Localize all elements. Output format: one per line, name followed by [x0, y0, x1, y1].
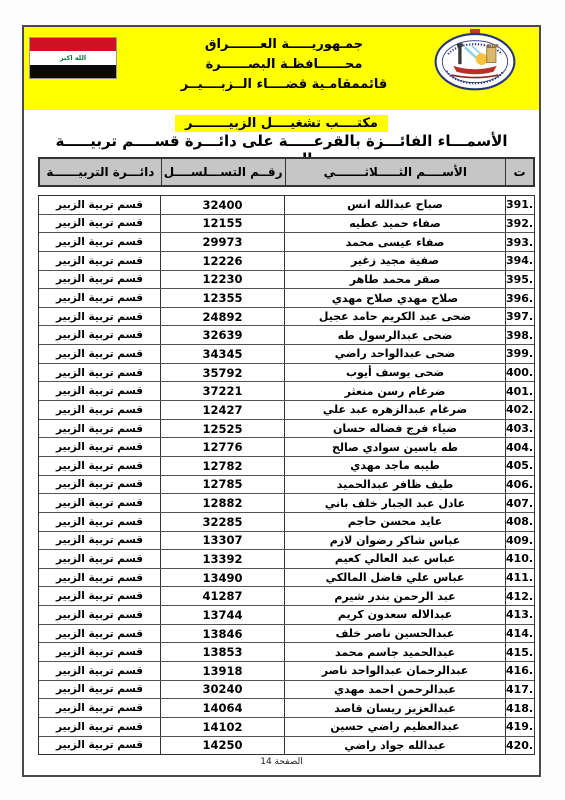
- cell-department: قسم تربية الزبير: [39, 364, 161, 382]
- table-row: قسم تربية الزبير 24892 ضحى عبد الكريم حا…: [39, 308, 534, 327]
- office-title: مكتــــب تشغيــــل الزبيــــــــر: [175, 115, 388, 132]
- cell-name: ضحى عبدالواحد راضي: [285, 345, 506, 363]
- table-row: قسم تربية الزبير 30240 عبدالرحمن احمد مه…: [39, 681, 534, 700]
- cell-department: قسم تربية الزبير: [39, 215, 161, 233]
- scanned-document: الله اكبر جمـهوريـــــة العـــــــراق مح…: [0, 0, 565, 800]
- cell-index: 395.: [506, 271, 533, 289]
- cell-department: قسم تربية الزبير: [39, 587, 161, 605]
- cell-index: 410.: [506, 550, 533, 568]
- table-row: قسم تربية الزبير 13846 عبدالحسين ناصر خل…: [39, 625, 534, 644]
- cell-department: قسم تربية الزبير: [39, 643, 161, 661]
- cell-serial: 12155: [161, 215, 285, 233]
- cell-department: قسم تربية الزبير: [39, 252, 161, 270]
- cell-index: 393.: [506, 233, 533, 251]
- letterhead-text: جمـهوريـــــة العـــــــراق محــــــافظـ…: [134, 35, 434, 95]
- cell-department: قسم تربية الزبير: [39, 271, 161, 289]
- cell-department: قسم تربية الزبير: [39, 308, 161, 326]
- cell-department: قسم تربية الزبير: [39, 532, 161, 550]
- cell-name: طيبه ماجد مهدي: [285, 457, 506, 475]
- cell-serial: 13744: [161, 606, 285, 624]
- cell-serial: 13490: [161, 569, 285, 587]
- table-row: قسم تربية الزبير 12155 صفاء حميد عطيه 39…: [39, 215, 534, 234]
- cell-department: قسم تربية الزبير: [39, 438, 161, 456]
- cell-name: عبدالحسين ناصر خلف: [285, 625, 506, 643]
- cell-index: 420.: [506, 737, 533, 755]
- cell-index: 411.: [506, 569, 533, 587]
- cell-name: عبدالرحمن احمد مهدي: [285, 681, 506, 699]
- cell-index: 407.: [506, 494, 533, 512]
- cell-department: قسم تربية الزبير: [39, 606, 161, 624]
- cell-serial: 32400: [161, 196, 285, 214]
- cell-serial: 12226: [161, 252, 285, 270]
- header-cell-name: الأســــم الثـــــلاثـــــــي: [286, 159, 507, 185]
- cell-name: عبدالله جواد راضي: [285, 737, 506, 755]
- cell-serial: 14102: [161, 718, 285, 736]
- table-row: قسم تربية الزبير 32285 عايد محسن حاجم 40…: [39, 513, 534, 532]
- cell-serial: 24892: [161, 308, 285, 326]
- table-row: قسم تربية الزبير 32400 صباح عبدالله انس …: [39, 196, 534, 215]
- document-frame: الله اكبر جمـهوريـــــة العـــــــراق مح…: [22, 25, 541, 777]
- iraq-flag-icon: الله اكبر: [30, 38, 116, 78]
- cell-name: طيف ظافر عبدالحميد: [285, 476, 506, 494]
- cell-department: قسم تربية الزبير: [39, 681, 161, 699]
- table-row: قسم تربية الزبير 35792 ضحى يوسف أيوب 400…: [39, 364, 534, 383]
- cell-department: قسم تربية الزبير: [39, 662, 161, 680]
- cell-serial: 35792: [161, 364, 285, 382]
- cell-name: عباس عبد العالي كعيم: [285, 550, 506, 568]
- cell-name: عبدالاله سعدون كريم: [285, 606, 506, 624]
- cell-name: عبدالرحمان عبدالواحد ناصر: [285, 662, 506, 680]
- table-row: قسم تربية الزبير 12782 طيبه ماجد مهدي 40…: [39, 457, 534, 476]
- cell-index: 405.: [506, 457, 533, 475]
- cell-name: ضحى عبدالرسول طه: [285, 326, 506, 344]
- cell-name: صباح عبدالله انس: [285, 196, 506, 214]
- letterhead-line-district: قائممقامـية قضــــاء الــزبــــيــر: [134, 75, 434, 95]
- cell-department: قسم تربية الزبير: [39, 476, 161, 494]
- cell-department: قسم تربية الزبير: [39, 420, 161, 438]
- basra-emblem-icon: [433, 29, 517, 91]
- table-row: قسم تربية الزبير 34345 ضحى عبدالواحد راض…: [39, 345, 534, 364]
- cell-department: قسم تربية الزبير: [39, 196, 161, 214]
- cell-name: صفية مجيد زغير: [285, 252, 506, 270]
- table-row: قسم تربية الزبير 12785 طيف ظافر عبدالحمي…: [39, 476, 534, 495]
- cell-index: 409.: [506, 532, 533, 550]
- cell-name: صلاح مهدي صلاح مهدي: [285, 289, 506, 307]
- cell-name: عباس شاكر رضوان لازم: [285, 532, 506, 550]
- cell-index: 417.: [506, 681, 533, 699]
- results-table-body: قسم تربية الزبير 32400 صباح عبدالله انس …: [38, 195, 535, 755]
- table-row: قسم تربية الزبير 14064 عبدالعزيز ريسان ق…: [39, 699, 534, 718]
- cell-serial: 13918: [161, 662, 285, 680]
- cell-index: 403.: [506, 420, 533, 438]
- cell-index: 396.: [506, 289, 533, 307]
- cell-name: عباس علي فاضل المالكي: [285, 569, 506, 587]
- cell-name: ضرغام عبدالزهره عبد علي: [285, 401, 506, 419]
- cell-serial: 12525: [161, 420, 285, 438]
- cell-name: ضحى يوسف أيوب: [285, 364, 506, 382]
- cell-department: قسم تربية الزبير: [39, 513, 161, 531]
- flag-black-stripe: [30, 65, 116, 78]
- cell-index: 404.: [506, 438, 533, 456]
- cell-department: قسم تربية الزبير: [39, 699, 161, 717]
- table-row: قسم تربية الزبير 12230 صقر محمد طاهر 395…: [39, 271, 534, 290]
- cell-index: 412.: [506, 587, 533, 605]
- cell-serial: 12355: [161, 289, 285, 307]
- table-row: قسم تربية الزبير 12355 صلاح مهدي صلاح مه…: [39, 289, 534, 308]
- cell-name: عايد محسن حاجم: [285, 513, 506, 531]
- cell-index: 418.: [506, 699, 533, 717]
- cell-serial: 41287: [161, 587, 285, 605]
- cell-index: 419.: [506, 718, 533, 736]
- cell-name: عبدالعزيز ريسان قاصد: [285, 699, 506, 717]
- cell-serial: 30240: [161, 681, 285, 699]
- cell-department: قسم تربية الزبير: [39, 382, 161, 400]
- cell-department: قسم تربية الزبير: [39, 289, 161, 307]
- letterhead-line-republic: جمـهوريـــــة العـــــــراق: [134, 35, 434, 55]
- cell-name: صفاء عيسى محمد: [285, 233, 506, 251]
- letterhead-band: الله اكبر جمـهوريـــــة العـــــــراق مح…: [24, 27, 539, 110]
- table-row: قسم تربية الزبير 13490 عباس علي فاضل الم…: [39, 569, 534, 588]
- flag-white-stripe: الله اكبر: [30, 51, 116, 64]
- cell-serial: 12776: [161, 438, 285, 456]
- cell-index: 416.: [506, 662, 533, 680]
- cell-serial: 13853: [161, 643, 285, 661]
- cell-department: قسم تربية الزبير: [39, 718, 161, 736]
- page-number-label: الصفحة 14: [24, 757, 539, 767]
- cell-serial: 32285: [161, 513, 285, 531]
- table-row: قسم تربية الزبير 13392 عباس عبد العالي ك…: [39, 550, 534, 569]
- table-row: قسم تربية الزبير 13744 عبدالاله سعدون كر…: [39, 606, 534, 625]
- cell-serial: 12427: [161, 401, 285, 419]
- table-row: قسم تربية الزبير 37221 ضرغام رسن منعثر 4…: [39, 382, 534, 401]
- cell-name: عادل عبد الجبار خلف باني: [285, 494, 506, 512]
- table-row: قسم تربية الزبير 12525 ضياء فرج فضاله حس…: [39, 420, 534, 439]
- cell-department: قسم تربية الزبير: [39, 550, 161, 568]
- table-row: قسم تربية الزبير 12882 عادل عبد الجبار خ…: [39, 494, 534, 513]
- cell-index: 413.: [506, 606, 533, 624]
- cell-name: ضحى عبد الكريم حامد عجيل: [285, 308, 506, 326]
- flag-red-stripe: [30, 38, 116, 51]
- cell-serial: 12230: [161, 271, 285, 289]
- table-row: قسم تربية الزبير 12427 ضرغام عبدالزهره ع…: [39, 401, 534, 420]
- cell-index: 414.: [506, 625, 533, 643]
- cell-department: قسم تربية الزبير: [39, 569, 161, 587]
- cell-name: صفاء حميد عطيه: [285, 215, 506, 233]
- cell-index: 402.: [506, 401, 533, 419]
- cell-index: 408.: [506, 513, 533, 531]
- cell-index: 406.: [506, 476, 533, 494]
- table-row: قسم تربية الزبير 14250 عبدالله جواد راضي…: [39, 737, 534, 755]
- cell-serial: 34345: [161, 345, 285, 363]
- flag-takbir-text: الله اكبر: [60, 55, 86, 62]
- cell-department: قسم تربية الزبير: [39, 401, 161, 419]
- letterhead-line-governorate: محــــــافظـة البصــــــرة: [134, 55, 434, 75]
- cell-serial: 32639: [161, 326, 285, 344]
- cell-serial: 12882: [161, 494, 285, 512]
- cell-department: قسم تربية الزبير: [39, 345, 161, 363]
- table-row: قسم تربية الزبير 29973 صفاء عيسى محمد 39…: [39, 233, 534, 252]
- cell-serial: 12785: [161, 476, 285, 494]
- cell-index: 392.: [506, 215, 533, 233]
- cell-index: 394.: [506, 252, 533, 270]
- cell-index: 391.: [506, 196, 533, 214]
- cell-department: قسم تربية الزبير: [39, 625, 161, 643]
- cell-index: 400.: [506, 364, 533, 382]
- cell-serial: 13846: [161, 625, 285, 643]
- table-row: قسم تربية الزبير 12776 طه ياسين سوادي صا…: [39, 438, 534, 457]
- cell-serial: 13392: [161, 550, 285, 568]
- cell-serial: 29973: [161, 233, 285, 251]
- cell-serial: 37221: [161, 382, 285, 400]
- table-row: قسم تربية الزبير 13853 عبدالحميد جاسم مح…: [39, 643, 534, 662]
- cell-name: عبدالعظيم راضي حسين: [285, 718, 506, 736]
- table-row: قسم تربية الزبير 14102 عبدالعظيم راضي حس…: [39, 718, 534, 737]
- table-row: قسم تربية الزبير 32639 ضحى عبدالرسول طه …: [39, 326, 534, 345]
- cell-name: طه ياسين سوادي صالح: [285, 438, 506, 456]
- cell-index: 399.: [506, 345, 533, 363]
- cell-index: 397.: [506, 308, 533, 326]
- table-row: قسم تربية الزبير 12226 صفية مجيد زغير 39…: [39, 252, 534, 271]
- cell-department: قسم تربية الزبير: [39, 494, 161, 512]
- cell-index: 398.: [506, 326, 533, 344]
- header-cell-index: ت: [506, 159, 533, 185]
- cell-name: ضياء فرج فضاله حسان: [285, 420, 506, 438]
- office-title-row: مكتــــب تشغيــــل الزبيــــــــر: [24, 112, 539, 132]
- cell-index: 415.: [506, 643, 533, 661]
- cell-name: صقر محمد طاهر: [285, 271, 506, 289]
- cell-name: عبد الرحمن بندر شيرم: [285, 587, 506, 605]
- cell-serial: 14250: [161, 737, 285, 755]
- cell-serial: 13307: [161, 532, 285, 550]
- cell-serial: 14064: [161, 699, 285, 717]
- cell-index: 401.: [506, 382, 533, 400]
- cell-department: قسم تربية الزبير: [39, 326, 161, 344]
- cell-serial: 12782: [161, 457, 285, 475]
- results-table-header: دائـــرة التربيــــــة رقــم التســـلســ…: [38, 157, 535, 187]
- cell-name: ضرغام رسن منعثر: [285, 382, 506, 400]
- cell-department: قسم تربية الزبير: [39, 737, 161, 755]
- table-row: قسم تربية الزبير 13307 عباس شاكر رضوان ل…: [39, 532, 534, 551]
- header-cell-serial: رقــم التســـلســــل: [162, 159, 286, 185]
- table-row: قسم تربية الزبير 41287 عبد الرحمن بندر ش…: [39, 587, 534, 606]
- cell-department: قسم تربية الزبير: [39, 233, 161, 251]
- cell-department: قسم تربية الزبير: [39, 457, 161, 475]
- cell-name: عبدالحميد جاسم محمد: [285, 643, 506, 661]
- table-row: قسم تربية الزبير 13918 عبدالرحمان عبدالو…: [39, 662, 534, 681]
- header-cell-department: دائـــرة التربيــــــة: [40, 159, 162, 185]
